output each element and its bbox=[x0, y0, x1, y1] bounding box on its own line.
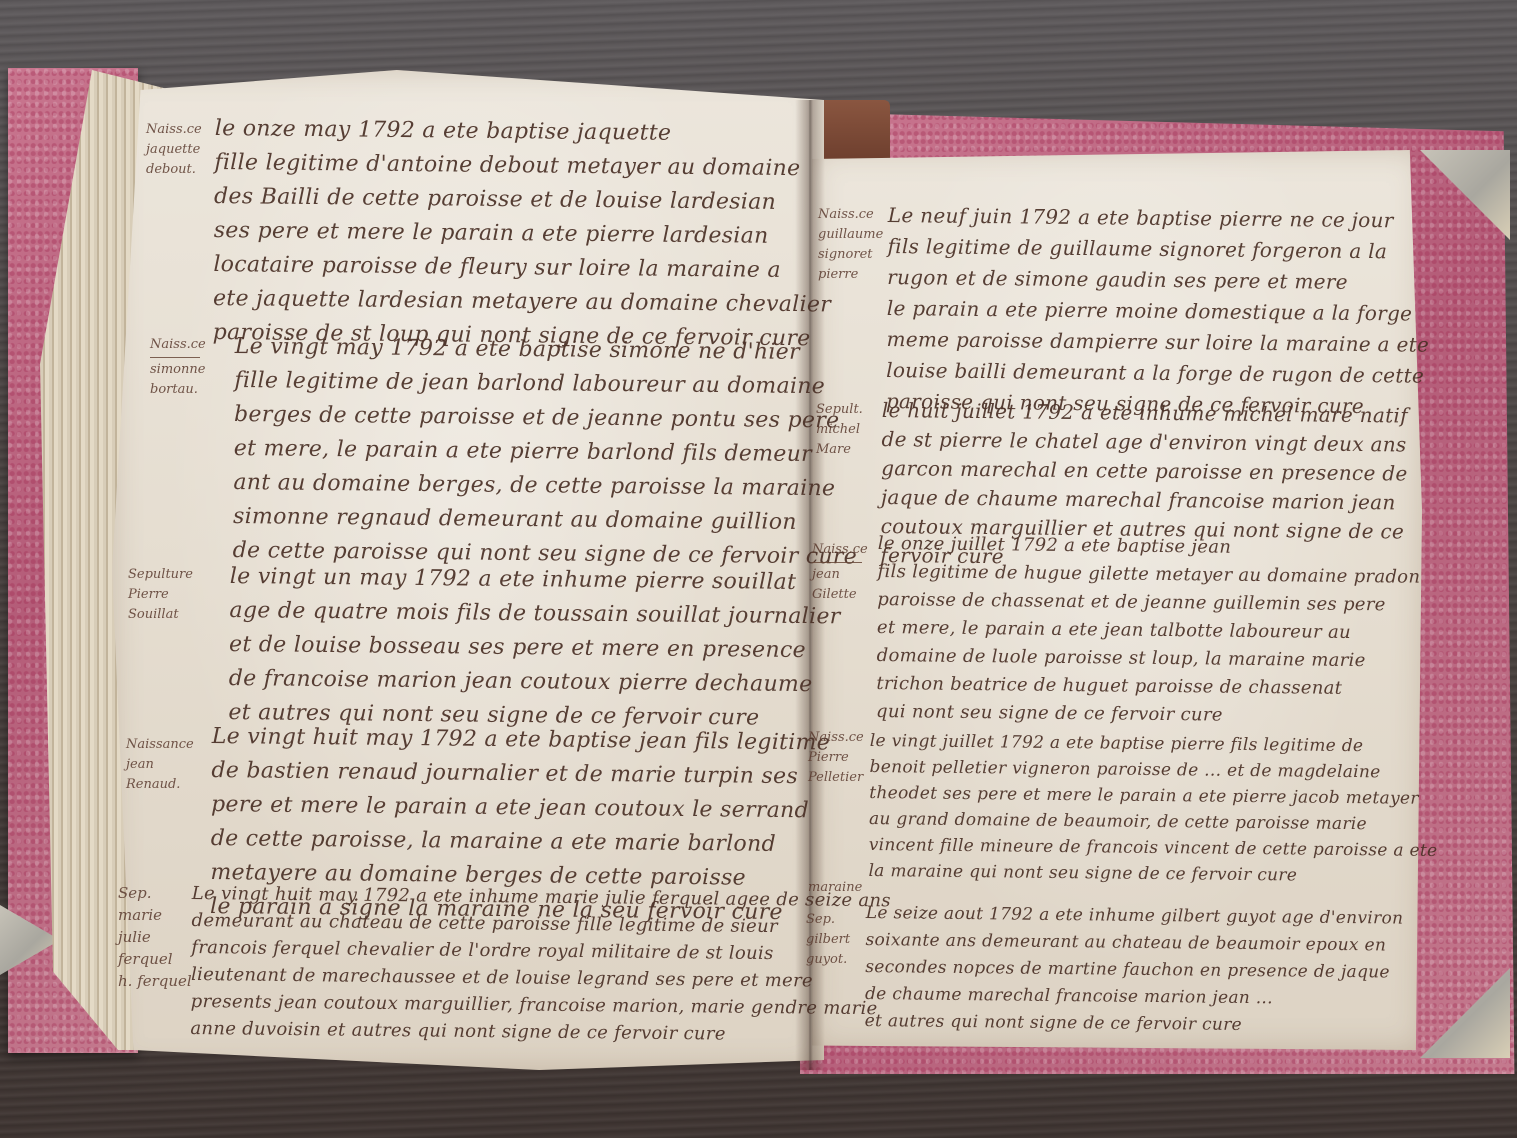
margin-note: Naiss.ce simonne bortau. bbox=[150, 335, 206, 400]
margin-note: Sep. marie julie ferquel h. ferquel bbox=[118, 882, 192, 992]
register-entry: le vingt un may 1792 a ete inhume pierre… bbox=[228, 560, 841, 736]
margin-note: Sepult. michel Mare bbox=[816, 400, 863, 460]
margin-note: Naiss.ce Pierre Pelletier maraine bbox=[808, 728, 864, 898]
margin-note: Sepulture Pierre Souillat bbox=[128, 565, 193, 625]
margin-note: Naissance jean Renaud. bbox=[126, 735, 194, 795]
margin-note: Sep. gilbert guyot. bbox=[806, 910, 850, 970]
register-entry: le vingt juillet 1792 a ete baptise pier… bbox=[868, 728, 1438, 890]
register-entry: Le seize aout 1792 a ete inhume gilbert … bbox=[865, 900, 1404, 1041]
register-entry: Le neuf juin 1792 a ete baptise pierre n… bbox=[886, 200, 1431, 423]
register-entry: Le vingt huit may 1792 a ete inhume mari… bbox=[190, 880, 891, 1049]
register-entry: le onze may 1792 a ete baptise jaquette … bbox=[213, 112, 834, 356]
margin-note: Naiss.ce jean Gilette bbox=[812, 540, 868, 605]
photo-scene: Naiss.ce jaquette debout. le onze may 17… bbox=[0, 0, 1517, 1138]
margin-note: Naiss.ce jaquette debout. bbox=[146, 120, 202, 180]
margin-note: Naiss.ce guillaume signoret pierre bbox=[818, 205, 883, 285]
register-entry: le onze juillet 1792 a ete baptise jean … bbox=[876, 530, 1421, 732]
register-entry: Le vingt may 1792 a ete baptise simone n… bbox=[233, 330, 860, 575]
